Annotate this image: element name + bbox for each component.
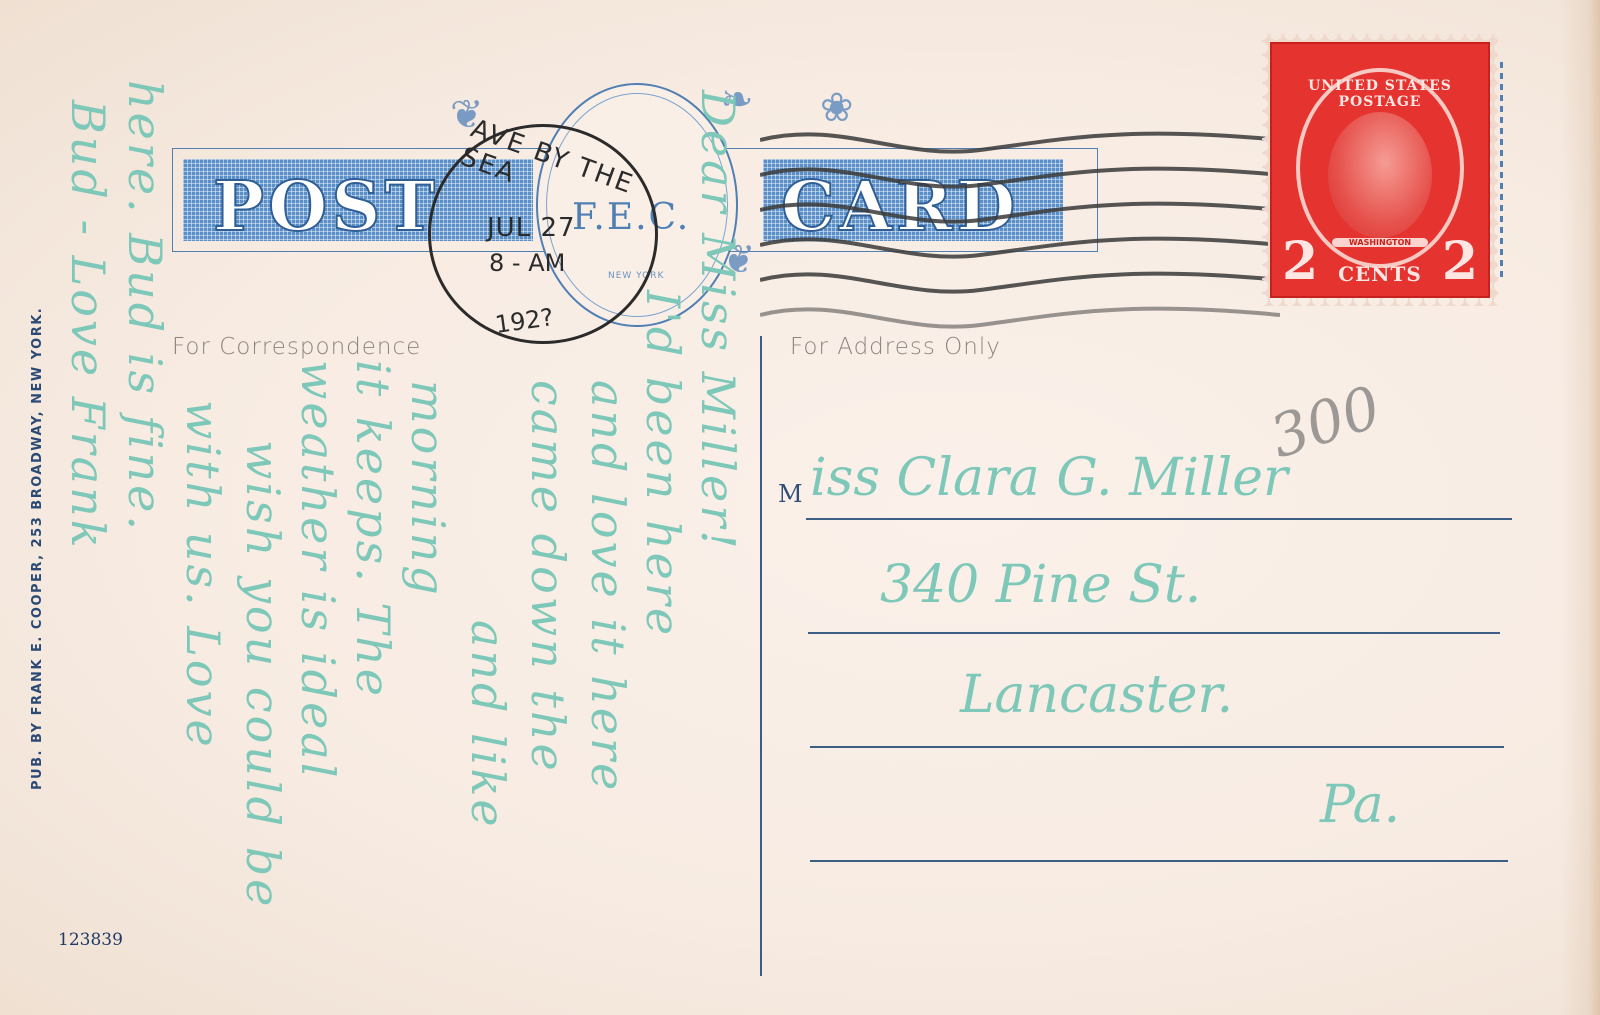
wavy-cancellation-lines — [760, 130, 1280, 340]
message-line: it keeps. The — [346, 360, 400, 699]
address-line-3 — [810, 746, 1504, 748]
header-word-post: POST — [213, 173, 439, 241]
postmark-date: JUL 27 — [487, 213, 576, 243]
message-line: Dear Miss Miller! — [691, 90, 745, 552]
message-line: Bud - Love Frank — [61, 100, 115, 551]
stamp-box-dashed-border — [1500, 62, 1503, 280]
leaf-ornament-icon: ❀ — [820, 88, 854, 128]
message-line: and like — [461, 620, 515, 830]
stamp-value-right: 2 — [1442, 236, 1478, 288]
address-line-2 — [808, 632, 1500, 634]
stamp-value-text: CENTS — [1332, 262, 1428, 286]
address-line-4 — [810, 860, 1508, 862]
address-label: For Address Only — [790, 334, 1001, 360]
message-line: here. Bud is fine. — [118, 80, 172, 533]
message-line: I'd been here — [636, 290, 690, 638]
postage-stamp: UNITED STATES POSTAGE WASHINGTON 2 2 CEN… — [1270, 42, 1490, 298]
postcard-back: POST CARD ❦ ❧ ❀ ❦ F.E.C. NEW YORK AVE BY… — [0, 0, 1600, 1015]
correspondence-label: For Correspondence — [172, 334, 421, 360]
message-line: came down the — [521, 380, 575, 774]
message-line: with us. Love — [176, 400, 230, 750]
worn-card-edge — [1560, 0, 1600, 1015]
postmark-time: 8 - AM — [489, 249, 565, 277]
stamp-value-left: 2 — [1282, 236, 1318, 288]
recipient-state: Pa. — [1320, 775, 1400, 835]
postmark-year: 192? — [493, 303, 555, 339]
publisher-imprint: PUB. BY FRANK E. COOPER, 253 BROADWAY, N… — [30, 190, 45, 790]
center-divider-line — [760, 336, 762, 976]
message-line: and love it here — [581, 380, 635, 793]
address-line-1 — [806, 518, 1512, 520]
recipient-city: Lancaster. — [960, 665, 1233, 725]
message-line: weather is ideal — [291, 360, 345, 780]
address-prefix-printed: M — [778, 480, 803, 508]
recipient-street: 340 Pine St. — [880, 555, 1201, 615]
circular-postmark: AVE BY THE SEA JUL 27 8 - AM 192? — [428, 124, 658, 344]
stamp-portrait-name: WASHINGTON — [1332, 238, 1428, 247]
recipient-name: iss Clara G. Miller — [810, 448, 1288, 508]
stamp-country-text: UNITED STATES POSTAGE — [1272, 78, 1488, 110]
washington-portrait-icon — [1328, 112, 1432, 238]
message-line: wish you could be — [236, 440, 290, 909]
card-serial-number: 123839 — [58, 930, 123, 950]
message-line: morning — [401, 380, 455, 598]
